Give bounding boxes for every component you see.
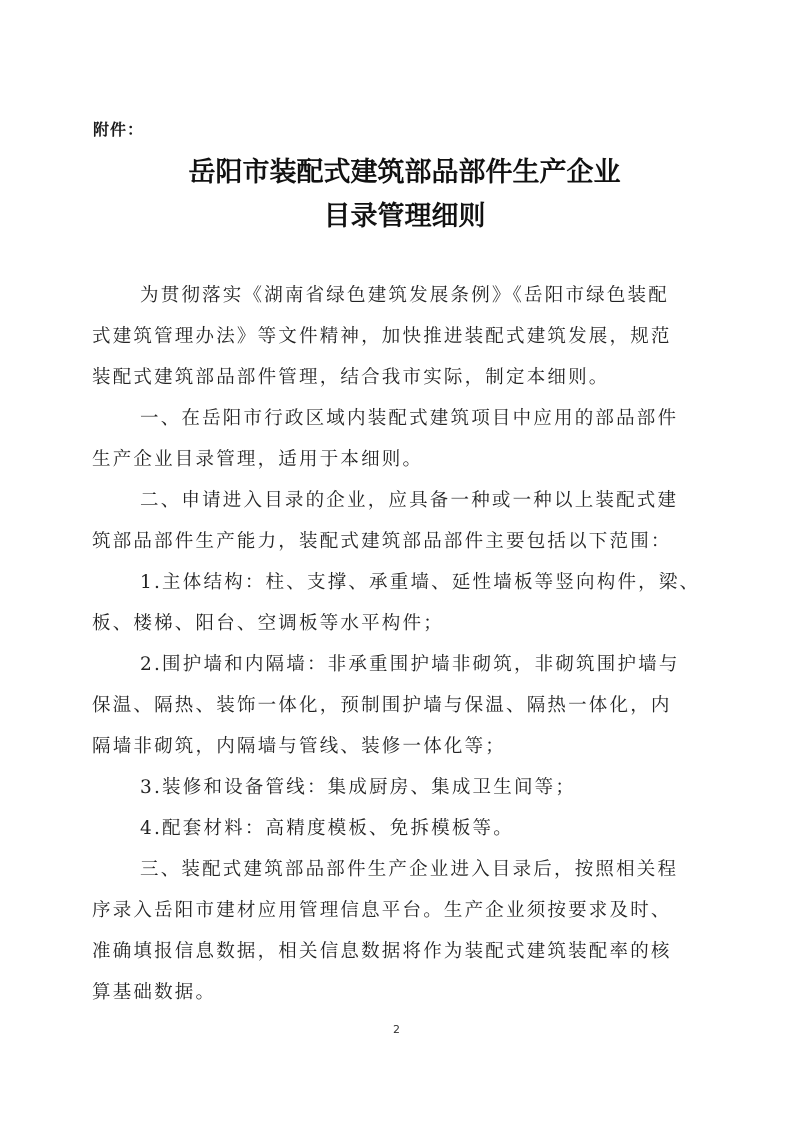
article-2-line-1: 二、申请进入目录的企业，应具备一种或一种以上装配式建 — [140, 486, 678, 512]
item-2-line-1: 2.围护墙和内隔墙：非承重围护墙非砌筑，非砌筑围护墙与 — [140, 650, 680, 676]
article-1-line-1: 一、在岳阳市行政区域内装配式建筑项目中应用的部品部件 — [140, 404, 678, 430]
attachment-label: 附件： — [93, 117, 144, 140]
item-1-line-1: 1.主体结构：柱、支撑、承重墙、延性墙板等竖向构件，梁、 — [140, 568, 700, 594]
item-3-line-1: 3.装修和设备管线：集成厨房、集成卫生间等； — [140, 773, 576, 799]
article-3-line-4: 算基础数据。 — [92, 978, 216, 1004]
document-page: 附件： 岳阳市装配式建筑部品部件生产企业 目录管理细则 为贯彻落实《湖南省绿色建… — [0, 0, 793, 1122]
item-1-line-2: 板、楼梯、阳台、空调板等水平构件； — [92, 609, 444, 635]
item-4-line-1: 4.配套材料：高精度模板、免拆模板等。 — [140, 814, 514, 840]
page-number: 2 — [0, 1023, 793, 1036]
article-3-line-3: 准确填报信息数据，相关信息数据将作为装配式建筑装配率的核 — [92, 937, 672, 963]
article-3-line-2: 序录入岳阳市建材应用管理信息平台。生产企业须按要求及时、 — [92, 896, 672, 922]
item-2-line-3: 隔墙非砌筑，内隔墙与管线、装修一体化等； — [92, 732, 506, 758]
article-1-line-2: 生产企业目录管理，适用于本细则。 — [92, 445, 423, 471]
document-title-line-1: 岳阳市装配式建筑部品部件生产企业 — [8, 150, 793, 189]
article-3-line-1: 三、装配式建筑部品部件生产企业进入目录后，按照相关程 — [140, 855, 678, 881]
preamble-line-3: 装配式建筑部品部件管理，结合我市实际，制定本细则。 — [92, 363, 610, 389]
item-2-line-2: 保温、隔热、装饰一体化，预制围护墙与保温、隔热一体化，内 — [92, 691, 672, 717]
preamble-line-1: 为贯彻落实《湖南省绿色建筑发展条例》《岳阳市绿色装配 — [140, 281, 669, 307]
document-title-line-2: 目录管理细则 — [8, 194, 793, 233]
article-2-line-2: 筑部品部件生产能力，装配式建筑部品部件主要包括以下范围： — [92, 527, 672, 553]
preamble-line-2: 式建筑管理办法》等文件精神，加快推进装配式建筑发展，规范 — [92, 322, 672, 348]
